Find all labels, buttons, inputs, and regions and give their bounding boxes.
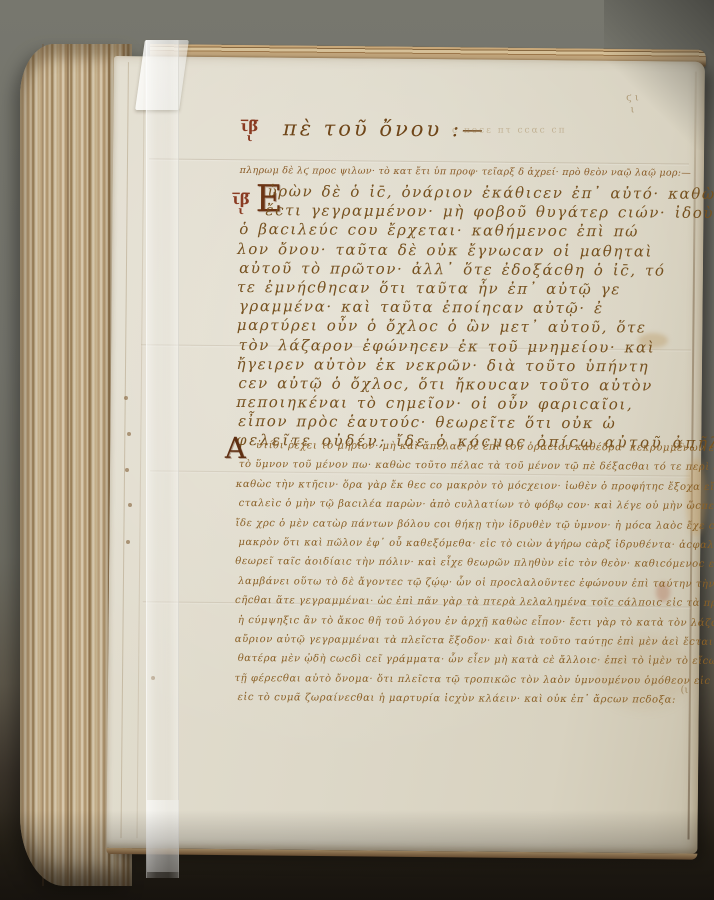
rubric-note: πληρωμ δὲ λϛ προϲ ψιλων· τὸ κατ ἔτι ὑπ π… — [240, 165, 695, 179]
offset-ghost-text: ϲ ποϲε πτ ϲϲαϲ ϲπ — [452, 125, 567, 135]
manuscript-photo: ι̅β̅ ι πὲ τοῦ ὄνου :— ϲ ποϲε πτ ϲϲαϲ ϲπ … — [0, 0, 714, 900]
chapter-number-margin: ι̅β̅ ι — [241, 121, 258, 143]
gospel-text-block: ὑρὼν δὲ ὁ ἰϲ̄, ὀνάριον ἐκάθιϲεν ἐπ᾽ αὐτό… — [236, 182, 706, 453]
background-corner-shadow — [604, 0, 714, 150]
commentary-line: εἰϲ τὸ ϲυμᾶ ζωραίνεϲθαι ἡ μαρτυρία ἰϲχὺν… — [237, 692, 704, 714]
commentary-end-mark: (ι — [680, 685, 688, 696]
background-bottom-shadow — [0, 810, 714, 900]
commentary-text-block: ὐτίθι ῥέχει τὸ μήριον· μὴ καὶ ἄπελαϲ ῥὲ … — [234, 440, 706, 714]
